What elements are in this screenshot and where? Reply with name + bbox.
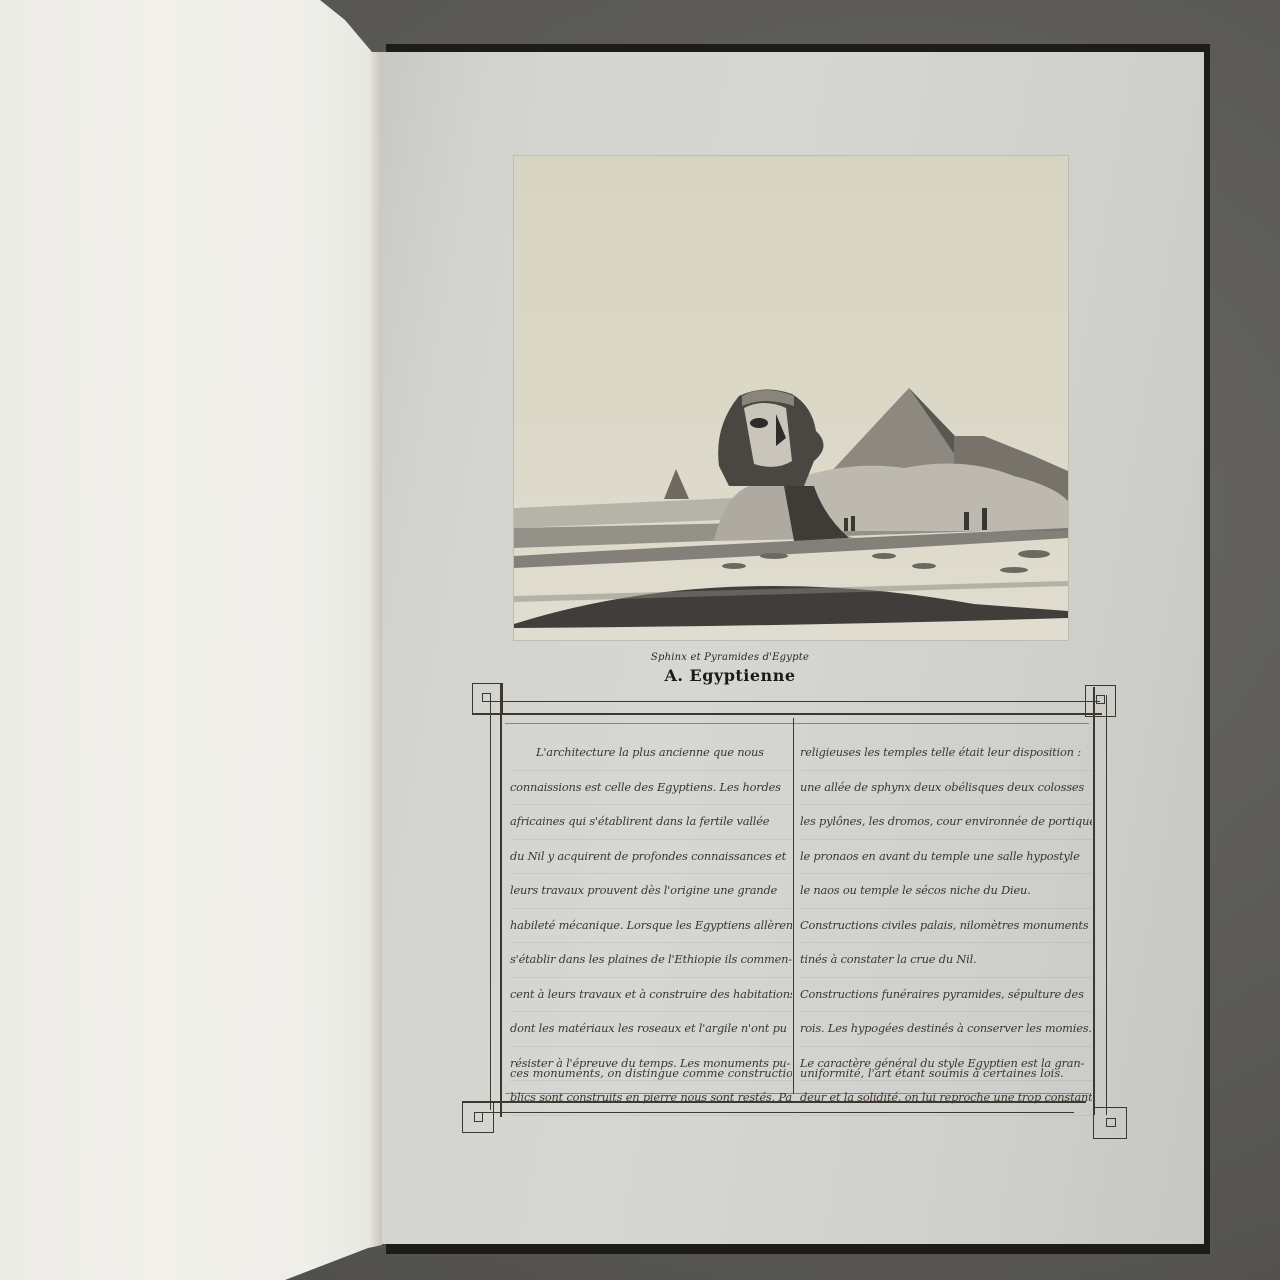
- frame-left-outer: [500, 683, 502, 1117]
- text-column-right: religieuses les temples telle était leur…: [800, 728, 1092, 1088]
- text-line: religieuses les temples telle était leur…: [800, 736, 1092, 771]
- figure-icon: [844, 518, 848, 531]
- text-line: une allée de sphynx deux obélisques deux…: [800, 771, 1092, 806]
- text-line: tinés à constater la crue du Nil.: [800, 943, 1092, 978]
- frame-corner-tr-inner: [1096, 695, 1105, 704]
- great-pyramid-icon: [829, 388, 974, 474]
- text-line: leurs travaux prouvent dès l'origine une…: [510, 874, 792, 909]
- text-line: africaines qui s'établirent dans la fert…: [510, 805, 792, 840]
- text-line: connaissions est celle des Egyptiens. Le…: [510, 771, 792, 806]
- column-divider: [793, 718, 794, 1094]
- text-line: Constructions civiles palais, nilomètres…: [800, 909, 1092, 944]
- frame-top-outer: [472, 713, 1102, 715]
- text-line: le pronaos en avant du temple une salle …: [800, 840, 1092, 875]
- text-line: L'architecture la plus ancienne que nous: [510, 736, 792, 771]
- text-line: le naos ou temple le sécos niche du Dieu…: [800, 874, 1092, 909]
- caption-subtitle: Sphinx et Pyramides d'Egypte: [580, 652, 880, 663]
- distant-pyramid-icon: [664, 469, 689, 499]
- text-line: du Nil y acquirent de profondes connaiss…: [510, 840, 792, 875]
- text-line: s'établir dans les plaines de l'Ethiopie…: [510, 943, 792, 978]
- text-line: cent à leurs travaux et à construire des…: [510, 978, 792, 1013]
- frame-top-inner: [482, 701, 1100, 702]
- caption-title: A. Egyptienne: [580, 666, 880, 685]
- text-line: habileté mécanique. Lorsque les Egyptien…: [510, 909, 792, 944]
- sphinx-pyramids-drawing: [514, 156, 1068, 640]
- text-line: Constructions funéraires pyramides, sépu…: [800, 978, 1092, 1013]
- frame-right-outer: [1093, 687, 1095, 1115]
- illustration-svg: [514, 156, 1068, 640]
- frame-corner-tl-inner: [482, 693, 491, 702]
- text-line: ces monuments, on distingue comme constr…: [510, 1058, 792, 1088]
- text-line: les pylônes, les dromos, cour environnée…: [800, 805, 1092, 840]
- frame-right-inner: [1106, 695, 1107, 1115]
- page-gutter-shadow: [368, 52, 382, 1246]
- text-line: uniformité, l'art étant soumis à certain…: [800, 1058, 1092, 1088]
- frame-corner-br-inner: [1106, 1118, 1116, 1127]
- text-column-left: L'architecture la plus ancienne que nous…: [510, 728, 792, 1088]
- text-line: dont les matériaux les roseaux et l'argi…: [510, 1012, 792, 1047]
- text-line: rois. Les hypogées destinés à conserver …: [800, 1012, 1092, 1047]
- frame-left-inner: [490, 695, 491, 1110]
- frame-corner-bl-inner: [474, 1112, 483, 1122]
- album-photo: Sphinx et Pyramides d'Egypte A. Egyptien…: [0, 0, 1280, 1280]
- text-area-top-rule: [505, 723, 1089, 724]
- left-page-blank: [0, 0, 382, 1280]
